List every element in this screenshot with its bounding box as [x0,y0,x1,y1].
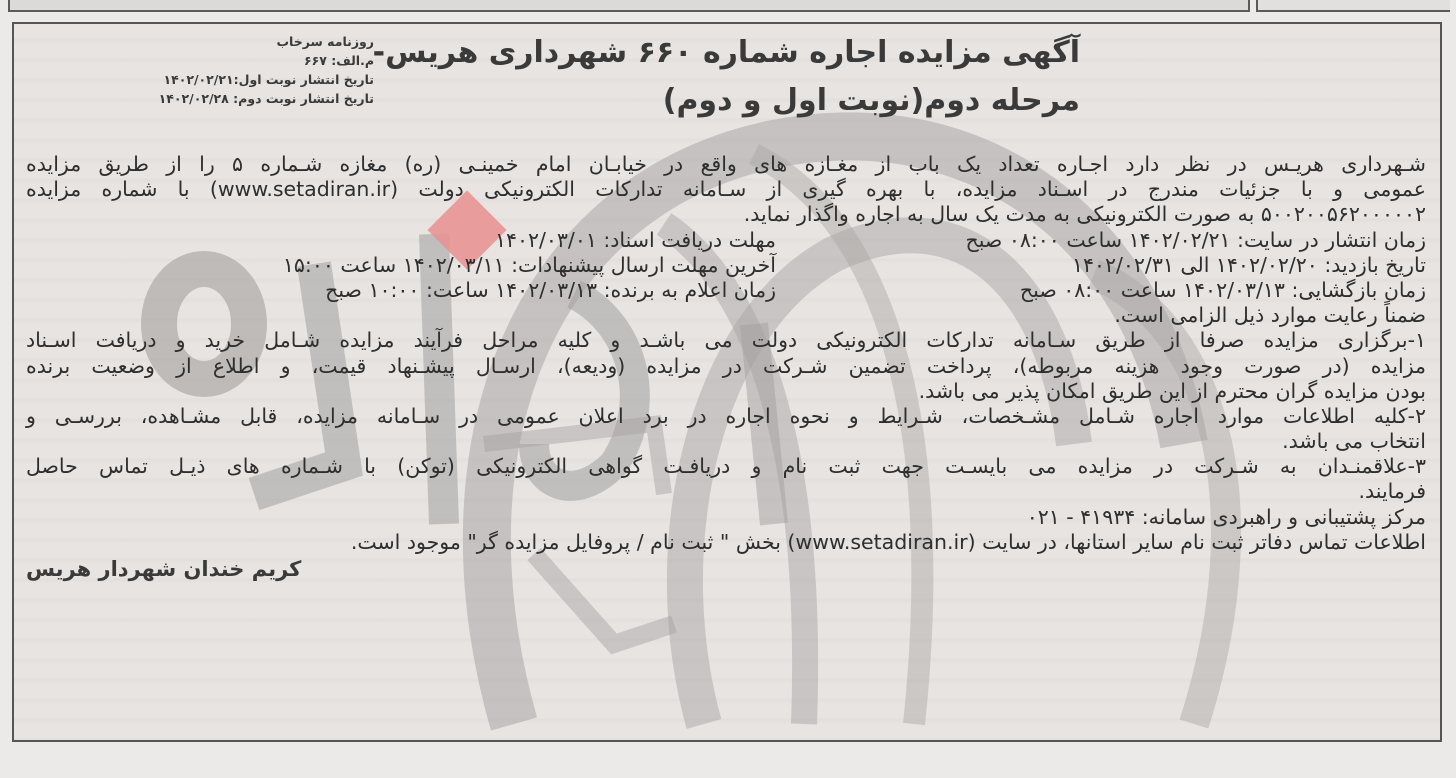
term-item-2: ۲-کلیه اطلاعات موارد اجاره شـامل مشـخصات… [26,404,1426,429]
title-line-1: آگهی مزایده اجاره شماره ۶۶۰ شهرداری هریس… [320,30,1080,76]
title-line-2: مرحله دوم(نوبت اول و دوم) [320,78,1080,124]
notice-title: آگهی مزایده اجاره شماره ۶۶۰ شهرداری هریس… [320,30,1080,124]
previous-ad-strip-right [1256,0,1450,12]
mayor-signature: کریم خندان شهردار هریس [26,555,1426,583]
newspaper-name: روزنامه سرخاب [114,32,374,51]
reference-number: م.الف: ۶۶۷ [114,51,374,70]
notice-body: شـهرداری هریـس در نظر دارد اجـاره تعداد … [26,152,1426,583]
document-deadline: مهلت دریافت اسناد: ۱۴۰۲/۰۳/۰۱ [495,228,776,253]
schedule-row: زمان انتشار در سایت: ۱۴۰۲/۰۲/۲۱ ساعت ۰۸:… [26,228,1426,253]
term-item-3: فرمایند. [26,479,1426,504]
term-item-1: مزایده (در صورت وجود هزینه مربوطه)، پردا… [26,354,1426,379]
second-publication-date: تاریخ انتشار نوبت دوم: ۱۴۰۲/۰۲/۲۸ [114,89,374,108]
term-item-3: ۳-علاقمنـدان به شـرکت در مزایده می بایسـ… [26,454,1426,479]
auction-notice: آگهی مزایده اجاره شماره ۶۶۰ شهرداری هریس… [12,22,1442,742]
term-item-2: انتخاب می باشد. [26,429,1426,454]
bid-deadline: آخرین مهلت ارسال پیشنهادات: ۱۴۰۲/۰۳/۱۱ س… [283,253,776,278]
schedule-row: تاریخ بازدید: ۱۴۰۲/۰۲/۲۰ الی ۱۴۰۲/۰۲/۳۱ … [26,253,1426,278]
intro-line: ۵۰۰۲۰۰۵۶۲۰۰۰۰۰۲ به صورت الکترونیکی به مد… [26,202,1426,227]
term-item-1: بودن مزایده گران محترم از این طریق امکان… [26,379,1426,404]
site-publication-time: زمان انتشار در سایت: ۱۴۰۲/۰۲/۲۱ ساعت ۰۸:… [776,228,1426,253]
visit-dates: تاریخ بازدید: ۱۴۰۲/۰۲/۲۰ الی ۱۴۰۲/۰۲/۳۱ [776,253,1426,278]
publication-meta: روزنامه سرخاب م.الف: ۶۶۷ تاریخ انتشار نو… [114,32,374,108]
schedule-row: زمان بازگشایی: ۱۴۰۲/۰۳/۱۳ ساعت ۰۸:۰۰ صبح… [26,278,1426,303]
intro-line: عمومی و با جزئیات مندرج در اسـناد مزایده… [26,177,1426,202]
first-publication-date: تاریخ انتشار نوبت اول:۱۴۰۲/۰۲/۲۱ [114,70,374,89]
previous-ad-strip [8,0,1250,12]
winner-announcement-time: زمان اعلام به برنده: ۱۴۰۲/۰۳/۱۳ ساعت: ۱۰… [325,278,776,303]
intro-line: شـهرداری هریـس در نظر دارد اجـاره تعداد … [26,152,1426,177]
opening-time: زمان بازگشایی: ۱۴۰۲/۰۳/۱۳ ساعت ۰۸:۰۰ صبح [776,278,1426,303]
support-center: مرکز پشتیبانی و راهبردی سامانه: ۴۱۹۳۴ - … [26,505,1426,530]
offices-info: اطلاعات تماس دفاتر ثبت نام سایر استانها،… [26,530,1426,555]
term-item-1: ۱-برگزاری مزایده صرفا از طریق سـامانه تد… [26,328,1426,353]
compliance-note: ضمناً رعایت موارد ذیل الزامی است. [26,303,1426,328]
